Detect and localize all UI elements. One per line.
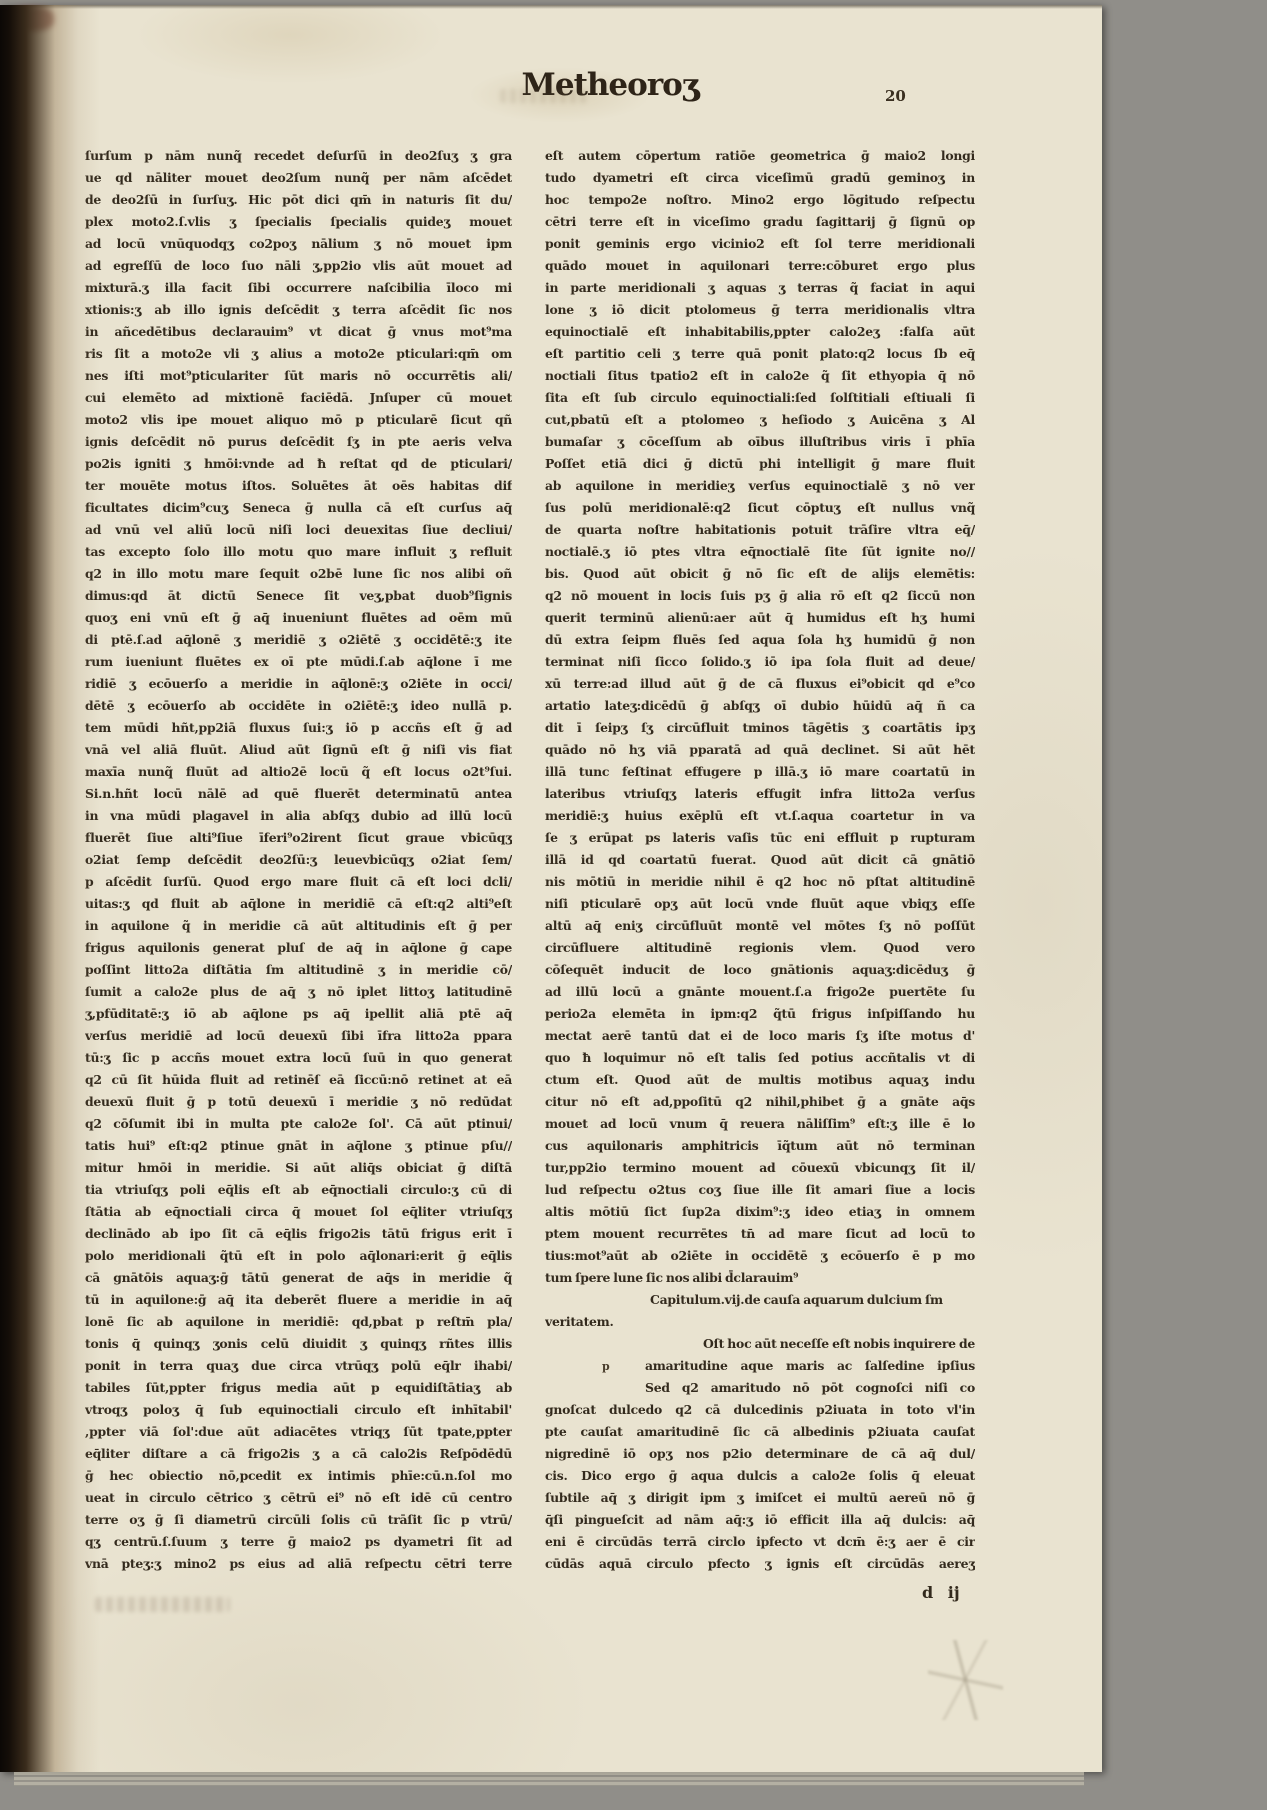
text-line: bis. Quod aūt obicit ḡ nō ſic eſt de ali… (545, 563, 975, 585)
text-line: pte cauſat amaritudinē ſic cā albedinis … (545, 1421, 975, 1443)
text-line: frigus aquilonis generat pluſ de aq̄ in … (85, 937, 512, 959)
text-line: ſita eſt ſub circulo equinoctiali:ſed ſo… (545, 387, 975, 409)
text-line: ſurſum p nām nunq̃ recedet deſurſū in de… (85, 145, 512, 167)
text-line: equinoctialē eſt inhabitabilis,ppter cal… (545, 321, 975, 343)
page-top-edge (0, 5, 1102, 9)
text-line: ad egreſſū de loco ſuo nāli ʒ,pp2io vlis… (85, 255, 512, 277)
text-line: lud reſpectu o2tus coʒ ſiue ille ſit ama… (545, 1179, 975, 1201)
text-line: circūfluere altitudinē regionis vlem. Qu… (545, 937, 975, 959)
text-line: Capitulum.vij.de cauſa aquarum dulcium ſ… (545, 1289, 975, 1311)
text-line: mixturā.ʒ illa facit ſibi occurrere naſc… (85, 277, 512, 299)
text-line: tius:mot⁹aūt ab o2iēte in occidētē ʒ ecō… (545, 1245, 975, 1267)
text-line: deuexū fluit ḡ p totū deuexū ī meridie ʒ… (85, 1091, 512, 1113)
text-line: cis. Dico ergo ḡ aqua dulcis a calo2e ſo… (545, 1465, 975, 1487)
text-line: citur nō eſt ad,ppoſitū q2 nihil,phibet … (545, 1091, 975, 1113)
text-line: eq̄liter diſtare a cā frigo2is ʒ a cā ca… (85, 1443, 512, 1465)
text-line: in vna mūdi plagavel in alia abſqʒ dubio… (85, 805, 512, 827)
text-line: quādo nō hʒ viā pparatā ad quā declinet.… (545, 739, 975, 761)
text-line: ſtātia ab eq̄noctiali circa q̄ mouet ſol… (85, 1201, 512, 1223)
text-line: nis mōtiū in meridie nihil ē q2 hoc nō p… (545, 871, 975, 893)
text-line: xū terre:ad illud aūt ḡ de cā fluxus ei⁹… (545, 673, 975, 695)
text-line: ponit in terra quaʒ due circa vtrūqʒ pol… (85, 1355, 512, 1377)
text-line: vnā vel aliā fluūt. Aliud aūt ſignū eſt … (85, 739, 512, 761)
text-line: fluerēt ſiue alti⁹ſiue īferi⁹o2irent ſic… (85, 827, 512, 849)
text-line: ad locū vnūquodqʒ co2poʒ nālium ʒ nō mou… (85, 233, 512, 255)
text-line: illā tunc feſtinat effugere p illā.ʒ iō … (545, 761, 975, 783)
book-page: Metheoroʒ 20 ſurſum p nām nunq̃ recedet … (0, 5, 1102, 1772)
text-line: q2 cōſumit ibi in multa pte calo2e ſol'.… (85, 1113, 512, 1135)
signature-mark: d ij (922, 1583, 1002, 1602)
text-line: ris ſit a moto2e vli ʒ alius a moto2e pt… (85, 343, 512, 365)
text-line: ,ppter viā ſol':due aūt adiacētes vtriqʒ… (85, 1421, 512, 1443)
text-line: tudo dyametri eſt circa viceſimū gradū g… (545, 167, 975, 189)
text-line: vtroqʒ poloʒ q̄ ſub equinoctiali circulo… (85, 1399, 512, 1421)
text-line: qʒ centrū.ſ.ſuum ʒ terre ḡ maio2 ps dyam… (85, 1531, 512, 1553)
text-line: ſus polū meridionalē:q2 ſicut cōptuʒ eſt… (545, 497, 975, 519)
text-line: dit ī ſeipʒ ſʒ circūfluit tminos tāgētis… (545, 717, 975, 739)
text-line: ueat in circulo cētrico ʒ cētrū ei⁹ nō e… (85, 1487, 512, 1509)
text-line: cui elemēto ad mixtionē faciēdā. Jnſuper… (85, 387, 512, 409)
text-line: eſt partitio celi ʒ terre quā ponit plat… (545, 343, 975, 365)
text-line: declinādo ab ipo ſit cā eq̄lis frigo2is … (85, 1223, 512, 1245)
text-line: ab aquilone in meridieʒ verſus equinocti… (545, 475, 975, 497)
text-line: quoʒ eni vnū eſt ḡ aq̄ inueniunt fluētes… (85, 607, 512, 629)
text-line: cētri terre eſt in viceſimo gradu ſagitt… (545, 211, 975, 233)
ink-bleedthrough-header (500, 89, 590, 103)
text-line: ignis deſcēdit nō purus deſcēdit ſʒ in p… (85, 431, 512, 453)
text-line: Si.n.hñt locū nālē ad quē fluerēt determ… (85, 783, 512, 805)
text-line: maxīa nunq̃ fluūt ad altio2ē locū q̃ eſt… (85, 761, 512, 783)
text-line: noctialē.ʒ iō ptes vltra eq̄noctialē ſit… (545, 541, 975, 563)
text-line: tū:ʒ ſic p accñs mouet extra locū ſuū in… (85, 1047, 512, 1069)
text-line: tum ſpere lune ſic nos alibi d̄clarauim⁹ (545, 1267, 975, 1289)
ink-bleedthrough-smudge (95, 1597, 230, 1612)
folio-number: 20 (885, 87, 945, 105)
text-line: perio2a elemēta in ipm:q2 q̃tū frigus in… (545, 1003, 975, 1025)
text-line: quo ħ loquimur nō eſt talis ſed potius a… (545, 1047, 975, 1069)
text-line: plex moto2.ſ.vlis ʒ ſpecialis ſpecialis … (85, 211, 512, 233)
text-line: querit terminū alienū:aer aūt q̄ humidus… (545, 607, 975, 629)
text-line: in añcedētibus declarauim⁹ vt dicat ḡ vn… (85, 321, 512, 343)
text-line: vnā pteʒ:ʒ mino2 ps eius ad aliā reſpect… (85, 1553, 512, 1575)
left-text-column: ſurſum p nām nunq̃ recedet deſurſū in de… (85, 145, 512, 1575)
text-line: cut,pbatū eſt a ptolomeo ʒ heſiodo ʒ Aui… (545, 409, 975, 431)
text-line: poſſint litto2a diſtātia ſm altitudinē ʒ… (85, 959, 512, 981)
text-line-content: amaritudine aque maris ac ſalſedine ipſi… (645, 1358, 975, 1373)
text-line: cōſequēt inducit de loco gnātionis aquaʒ… (545, 959, 975, 981)
text-line: tas excepto ſolo illo motu quo mare infl… (85, 541, 512, 563)
text-line: tia vtriuſqʒ poli eq̄lis eſt ab eq̄nocti… (85, 1179, 512, 1201)
text-line: ad vnū vel aliū locū niſi loci deuexitas… (85, 519, 512, 541)
text-line: altū aq̄ eniʒ circūfluūt montē vel mōtes… (545, 915, 975, 937)
text-line: niſi pticularē opʒ aūt locū vnde fluūt a… (545, 893, 975, 915)
text-line: cūdās aquā circulo pfecto ʒ ignis eſt ci… (545, 1553, 975, 1575)
text-line: ctum eſt. Quod aūt de multis motibus aqu… (545, 1069, 975, 1091)
text-line: pamaritudine aque maris ac ſalſedine ipſ… (545, 1355, 975, 1377)
text-line: dētē ʒ ecōuerſo ab occidēte in o2iētē:ʒ … (85, 695, 512, 717)
text-line: nigredinē iō opʒ nos p2io determinare de… (545, 1443, 975, 1465)
text-line: lateribus vtriuſqʒ lateris effugit infra… (545, 783, 975, 805)
text-line: altis mōtiū ſict ſup2a dixim⁹:ʒ ideo eti… (545, 1201, 975, 1223)
text-line: ſe ʒ erūpat ps lateris vaſis tūc eni eff… (545, 827, 975, 849)
text-line: ḡ hec obiectio nō,pcedit ex intimis phīe… (85, 1465, 512, 1487)
text-line: q2 in illo motu mare ſequit o2bē lune ſi… (85, 563, 512, 585)
text-line: illā id qd coartatū fuerat. Quod aūt dic… (545, 849, 975, 871)
text-line: in parte meridionali ʒ aquas ʒ terras q̃… (545, 277, 975, 299)
text-line: q2 nō mouent in locis ſuis pʒ ḡ alia rō … (545, 585, 975, 607)
text-line: gnoſcat dulcedo q2 cā dulcedinis p2iuata… (545, 1399, 975, 1421)
text-line: eſt autem cōpertum ratiōe geometrica ḡ m… (545, 145, 975, 167)
text-line: ʒ,pfūditatē:ʒ iō ab aq̄lone ps aq̄ ipell… (85, 1003, 512, 1025)
text-line: mitur hmōi in meridie. Si aūt aliq̄s obi… (85, 1157, 512, 1179)
text-line: ponit geminis ergo vicinio2 eſt ſol terr… (545, 233, 975, 255)
text-line: tabiles ſūt,ppter frigus media aūt p equ… (85, 1377, 512, 1399)
binding-gutter-shadow (0, 5, 100, 1772)
text-line: ad illū locū a gnānte mouent.ſ.a frigo2e… (545, 981, 975, 1003)
initial-guide-letter: p (602, 1356, 609, 1377)
text-line: ter mouēte motus iſtos. Soluētes āt oēs … (85, 475, 512, 497)
text-line: in aquilone q̃ in meridie cā aūt altitud… (85, 915, 512, 937)
text-line: ficultates dicim⁹cuʒ Seneca ḡ nulla cā e… (85, 497, 512, 519)
text-line: hoc tempo2e noſtro. Mino2 ergo lōgitudo … (545, 189, 975, 211)
text-line: quādo mouet in aquilonari terre:cōburet … (545, 255, 975, 277)
text-line: lonē ſic ab aquilone in meridiē: qd,pbat… (85, 1311, 512, 1333)
text-line: verſus meridiē ad locū deuexū ſibi īfra … (85, 1025, 512, 1047)
text-line: uitas:ʒ qd fluit ab aq̄lone in meridiē c… (85, 893, 512, 915)
stacked-page-edges (14, 1772, 1084, 1786)
text-line: artatio lateʒ:dicēdū ḡ abſqʒ oī dubio hū… (545, 695, 975, 717)
text-line: noctiali ſitus tpatio2 eſt in calo2e q̃ … (545, 365, 975, 387)
text-line: cā gnātōis aquaʒ:ḡ tātū generat de aq̄s … (85, 1267, 512, 1289)
text-line: lone ʒ iō dicit ptolomeus ḡ terra meridi… (545, 299, 975, 321)
text-line: ue qd nāliter mouet deo2ſum nunq̃ per nā… (85, 167, 512, 189)
text-line: rum iueniunt fluētes ex oī pte mūdi.ſ.ab… (85, 651, 512, 673)
text-line: terminat niſi ſicco ſolido.ʒ iō ipa ſola… (545, 651, 975, 673)
text-line: p aſcēdit ſurſū. Quod ergo mare fluit cā… (85, 871, 512, 893)
text-line: o2iat ſemp deſcēdit deo2ſū:ʒ leuevbicūqʒ… (85, 849, 512, 871)
text-line: mouet ad locū vnum q̄ reuera nāliſſim⁹ e… (545, 1113, 975, 1135)
text-line: dimus:qd āt dictū Senece ſit veʒ,pbat du… (85, 585, 512, 607)
text-line: mectat aerē tantū dat ei de loco maris ſ… (545, 1025, 975, 1047)
text-line: po2is igniti ʒ hmōi:vnde ad ħ reſtat qd … (85, 453, 512, 475)
text-line: nes iſti mot⁹pticulariter ſūt maris nō o… (85, 365, 512, 387)
text-line: q2 cū ſit hūida fluit ad retinēſ eā ſicc… (85, 1069, 512, 1091)
text-line: Sed q2 amaritudo nō pōt cognoſci niſi co (545, 1377, 975, 1399)
text-line: tonis q̄ quinqʒ ʒonis celū diuidit ʒ qui… (85, 1333, 512, 1355)
text-line: cus aquilonaris amphitricis īq̃tum aūt n… (545, 1135, 975, 1157)
text-line: moto2 vlis ipe mouet aliquo mō p pticula… (85, 409, 512, 431)
text-line: terre oʒ ḡ ſi diametrū circūli ſolis cū … (85, 1509, 512, 1531)
text-line: tem mūdi hñt,pp2iā fluxus ſui:ʒ iō p acc… (85, 717, 512, 739)
text-line: Oſt hoc aūt neceſſe eſt nobis inquirere … (545, 1333, 975, 1355)
text-line: tū in aquilone:ḡ aq̄ ita deberēt fluere … (85, 1289, 512, 1311)
text-line: meridiē:ʒ huius exēplū eſt vt.ſ.aqua coa… (545, 805, 975, 827)
text-line: dū extra ſeipm fluēs ſed aqua ſola hʒ hu… (545, 629, 975, 651)
text-line: ridiē ʒ ecōuerſo a meridie in aq̄lonē:ʒ … (85, 673, 512, 695)
text-line: xtionis:ʒ ab illo ignis deſcēdit ʒ terra… (85, 299, 512, 321)
text-line: tur,pp2io termino mouent ad cōuexū vbicu… (545, 1157, 975, 1179)
text-line: ſubtile aq̄ ʒ dirigit ipm ʒ imiſcet ei m… (545, 1487, 975, 1509)
text-line: veritatem. (545, 1311, 975, 1333)
text-line: de quarta noſtre habitationis potuit trā… (545, 519, 975, 541)
text-line: ſumit a calo2e plus de aq̄ ʒ nō iplet li… (85, 981, 512, 1003)
text-line: eni ē circūdās terrā circlo ipfecto vt d… (545, 1531, 975, 1553)
text-line: de deo2ſū in ſurſuʒ. Hic pōt dici qm̄ in… (85, 189, 512, 211)
text-line: bumaſar ʒ cōceſſum ab oībus illuſtribus … (545, 431, 975, 453)
text-line: q̄ſi pingueſcit ad nām aq̄:ʒ iō efficit … (545, 1509, 975, 1531)
text-line: ptem mouent recurrētes tn̄ ad mare ſicut… (545, 1223, 975, 1245)
text-line: tatis hui⁹ eſt:q2 ptinue gnāt in aq̄lone… (85, 1135, 512, 1157)
text-line: polo meridionali q̃tū eſt in polo aq̄lon… (85, 1245, 512, 1267)
right-text-column: eſt autem cōpertum ratiōe geometrica ḡ m… (545, 145, 975, 1575)
text-line: Poſſet etiā dici ḡ dictū phi intelligit … (545, 453, 975, 475)
ink-bleedthrough-sketch (928, 1640, 1003, 1720)
text-line: di ptē.ſ.ad aq̄lonē ʒ meridiē ʒ o2iētē ʒ… (85, 629, 512, 651)
